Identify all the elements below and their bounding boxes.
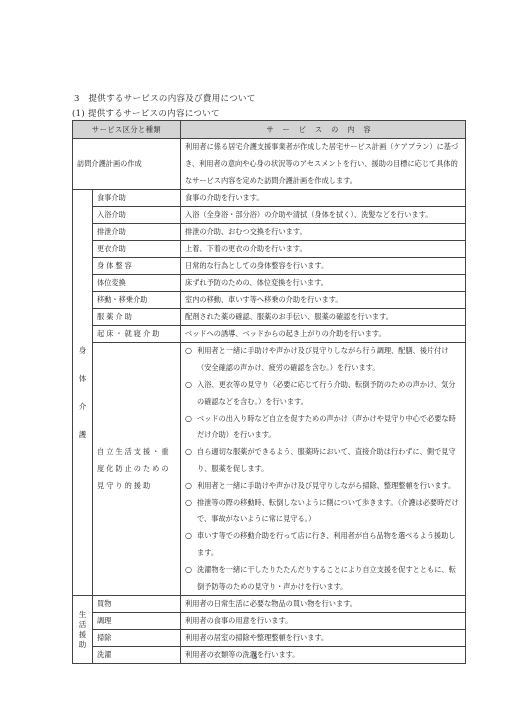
circle-bullet-icon: ○: [185, 495, 197, 529]
life-support-group-label: 生 活 援 助: [73, 596, 93, 664]
row-content: 床ずれ予防のための、体位変換を行います。: [181, 275, 466, 292]
row-content: 日常的な行為としての身体整容を行います。: [181, 258, 466, 275]
bullet-item: ○排泄等の際の移動時、転倒しないように側について歩きます。（介護は必要時だけで、…: [185, 495, 461, 529]
table-row: 排泄介助 排泄の介助、おむつ交換を行います。: [73, 224, 466, 241]
page-number: 3: [252, 652, 257, 662]
table-row: 身 体 介 護 食事介助 食事の介助を行います。: [73, 190, 466, 207]
row-content: 室内の移動、車いす等へ移乗の介助を行います。: [181, 292, 466, 309]
row-label: 体位変換: [93, 275, 181, 292]
table-row: 生 活 援 助 買物 利用者の日常生活に必要な物品の買い物を行います。: [73, 596, 466, 613]
table-row: 体位変換 床ずれ予防のための、体位変換を行います。: [73, 275, 466, 292]
circle-bullet-icon: ○: [185, 528, 197, 562]
row-label: 更衣介助: [93, 241, 181, 258]
bullet-item: ○利用者と一緒に手助けや声かけ及び見守りしながら掃除、整理整頓を行います。: [185, 478, 461, 495]
row-content: 排泄の介助、おむつ交換を行います。: [181, 224, 466, 241]
plan-content: 利用者に係る居宅介護支援事業者が作成した居宅サービス計画（ケアプラン）に基づき、…: [181, 139, 466, 190]
service-table: サービス区分と種類 サービスの内容 訪問介護計画の作成 利用者に係る居宅介護支援…: [72, 120, 466, 664]
bullet-item: ○ベッドの出入り時など自立を促すための声かけ（声かけや見守り中心で必要な時だけ介…: [185, 411, 461, 445]
body-care-group-label: 身 体 介 護: [73, 190, 93, 596]
circle-bullet-icon: ○: [185, 411, 197, 445]
row-label: 服薬介助: [93, 309, 181, 326]
row-label: 買物: [93, 596, 181, 613]
table-row: 服薬介助 配剤された薬の確認、服薬のお手伝い、服薬の確認を行います。: [73, 309, 466, 326]
row-label: 入浴介助: [93, 207, 181, 224]
table-row: 洗濯 利用者の衣類等の洗濯を行います。: [73, 647, 466, 664]
subsection-title: (1) 提供するサービスの内容について: [72, 107, 220, 119]
row-label: 洗濯: [93, 647, 181, 664]
plan-label: 訪問介護計画の作成: [73, 139, 181, 190]
table-row: 身体整容 日常的な行為としての身体整容を行います。: [73, 258, 466, 275]
bullet-item: ○自ら適切な服薬ができるよう、服薬時において、直接介助は行わずに、側で見守り、服…: [185, 444, 461, 478]
circle-bullet-icon: ○: [185, 377, 197, 411]
circle-bullet-icon: ○: [185, 562, 197, 596]
row-label: 排泄介助: [93, 224, 181, 241]
row-content: 入浴（全身浴・部分浴）の介助や清拭（身体を拭く）、洗髪などを行います。: [181, 207, 466, 224]
row-content: 利用者の居室の掃除や整理整頓を行います。: [181, 630, 466, 647]
row-content: 利用者の食事の用意を行います。: [181, 613, 466, 630]
row-content: 食事の介助を行います。: [181, 190, 466, 207]
circle-bullet-icon: ○: [185, 478, 197, 495]
row-label: 食事介助: [93, 190, 181, 207]
row-content: 利用者の日常生活に必要な物品の買い物を行います。: [181, 596, 466, 613]
circle-bullet-icon: ○: [185, 444, 197, 478]
plan-row: 訪問介護計画の作成 利用者に係る居宅介護支援事業者が作成した居宅サービス計画（ケ…: [73, 139, 466, 190]
row-content: ベッドへの誘導、ベッドからの起き上がりの介助を行います。: [181, 326, 466, 343]
bullet-item: ○利用者と一緒に手助けや声かけ及び見守りしながら行う調理、配膳、後片付け（安全確…: [185, 343, 461, 377]
independence-row: 自立生活支援・重度化防止のための見守り的援助 ○利用者と一緒に手助けや声かけ及び…: [73, 343, 466, 596]
row-label: 身体整容: [93, 258, 181, 275]
bullet-item: ○車いす等での移動介助を行って店に行き、利用者が自ら品物を選べるよう援助します。: [185, 528, 461, 562]
row-label: 起床・就寝介助: [93, 326, 181, 343]
circle-bullet-icon: ○: [185, 343, 197, 377]
row-label: 調理: [93, 613, 181, 630]
row-content: 上着、下着の更衣の介助を行います。: [181, 241, 466, 258]
header-category: サービス区分と種類: [73, 121, 181, 139]
table-row: 掃除 利用者の居室の掃除や整理整頓を行います。: [73, 630, 466, 647]
section-title: 3 提供するサービスの内容及び費用について: [74, 92, 256, 104]
table-row: 起床・就寝介助 ベッドへの誘導、ベッドからの起き上がりの介助を行います。: [73, 326, 466, 343]
row-label: 移動・移乗介助: [93, 292, 181, 309]
table-row: 調理 利用者の食事の用意を行います。: [73, 613, 466, 630]
row-label: 掃除: [93, 630, 181, 647]
independence-content: ○利用者と一緒に手助けや声かけ及び見守りしながら行う調理、配膳、後片付け（安全確…: [181, 343, 466, 596]
bullet-item: ○洗濯物を一緒に干したりたたんだりすることにより自立支援を促すとともに、転倒予防…: [185, 562, 461, 596]
independence-label: 自立生活支援・重度化防止のための見守り的援助: [93, 343, 181, 596]
table-row: 移動・移乗介助 室内の移動、車いす等へ移乗の介助を行います。: [73, 292, 466, 309]
row-content: 利用者の衣類等の洗濯を行います。: [181, 647, 466, 664]
bullet-item: ○入浴、更衣等の見守り（必要に応じて行う介助、転倒予防のための声かけ、気分の確認…: [185, 377, 461, 411]
header-content: サービスの内容: [181, 121, 466, 139]
row-content: 配剤された薬の確認、服薬のお手伝い、服薬の確認を行います。: [181, 309, 466, 326]
table-row: 入浴介助 入浴（全身浴・部分浴）の介助や清拭（身体を拭く）、洗髪などを行います。: [73, 207, 466, 224]
table-row: 更衣介助 上着、下着の更衣の介助を行います。: [73, 241, 466, 258]
table-header-row: サービス区分と種類 サービスの内容: [73, 121, 466, 139]
